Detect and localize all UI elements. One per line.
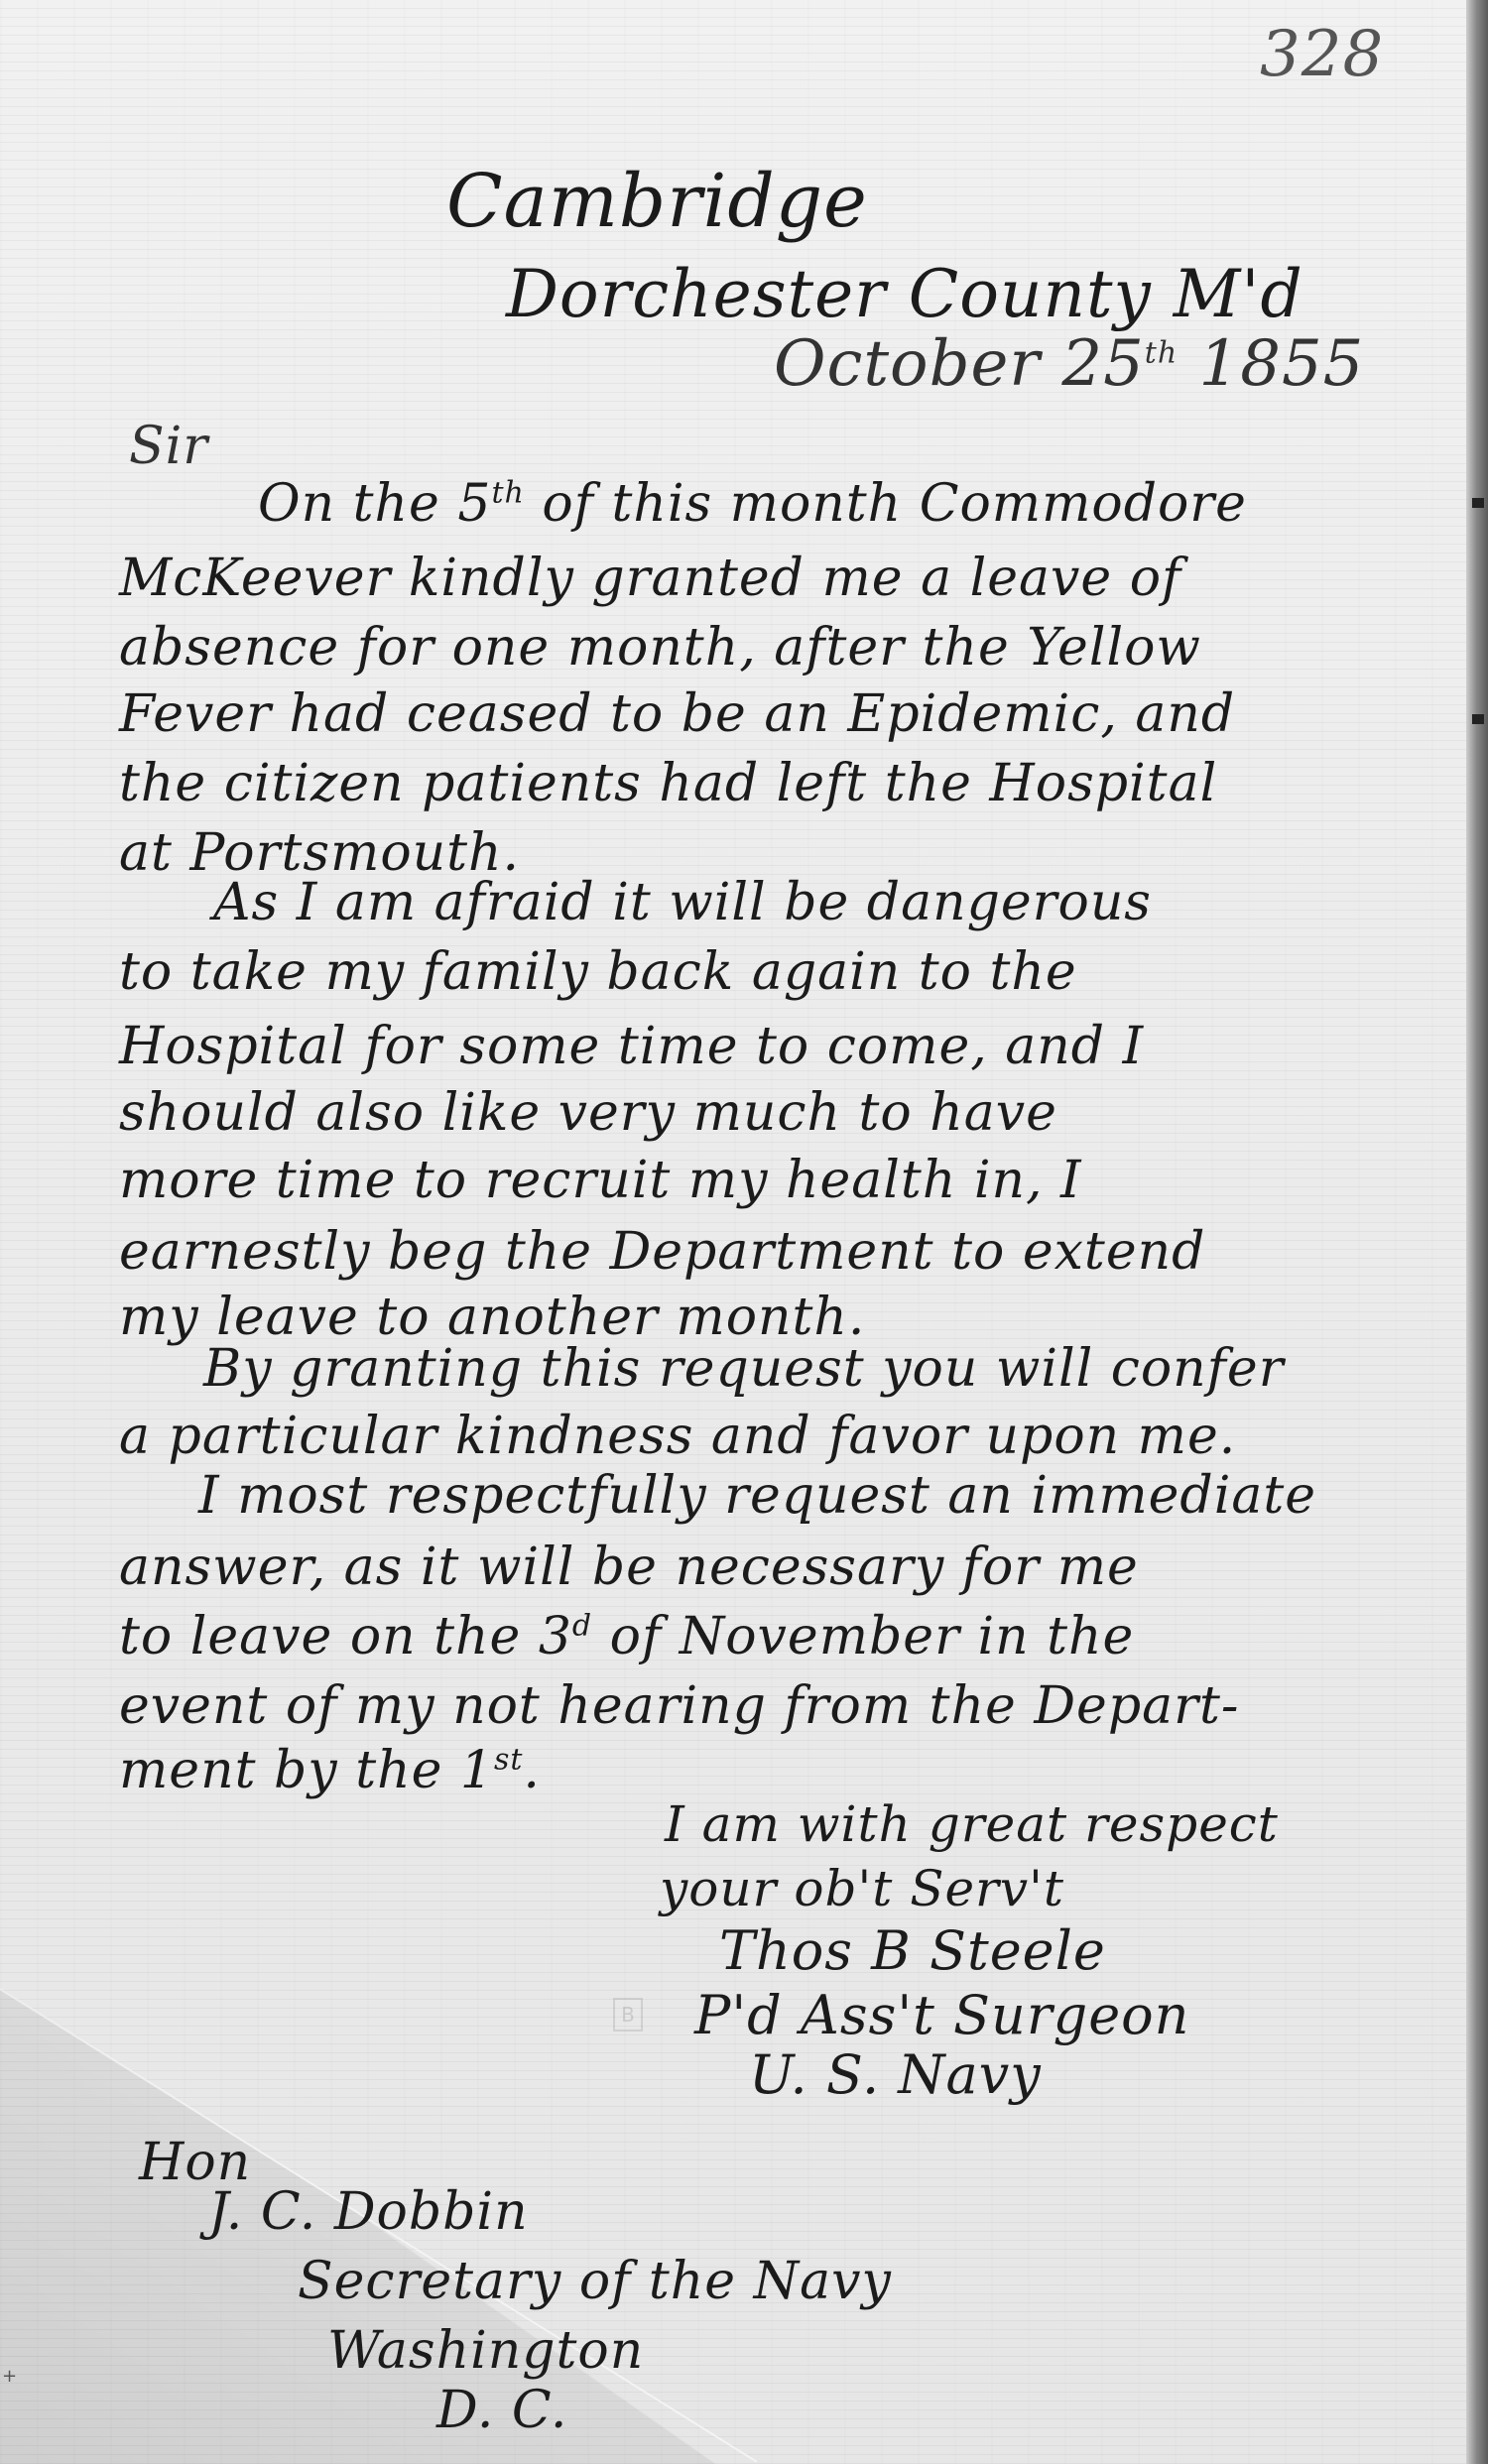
body-line: a particular kindness and favor upon me. <box>119 1407 1236 1466</box>
body-text: to leave on the 3 <box>119 1607 572 1666</box>
edge-mark <box>1472 714 1484 724</box>
heading-place-county: Dorchester County M'd <box>506 256 1303 332</box>
addressee-name: J. C. Dobbin <box>208 2182 529 2242</box>
date-month-day: October 25 <box>774 327 1145 401</box>
edge-mark <box>1472 498 1484 508</box>
body-line: By granting this request you will confer <box>203 1339 1285 1399</box>
body-sup: th <box>491 476 524 511</box>
body-line: absence for one month, after the Yellow <box>119 618 1201 678</box>
body-text: of November in the <box>592 1607 1134 1666</box>
body-line: ment by the 1st. <box>119 1741 541 1800</box>
date-suffix: th <box>1145 336 1178 371</box>
body-line: As I am afraid it will be dangerous <box>213 873 1152 932</box>
body-sup: d <box>572 1609 592 1644</box>
letter-page: 328 Cambridge Dorchester County M'd Octo… <box>0 0 1488 2464</box>
body-text: ment by the 1 <box>119 1741 494 1800</box>
body-line: my leave to another month. <box>119 1288 865 1347</box>
closing-line: I am with great respect <box>665 1795 1279 1853</box>
signature-name: Thos B Steele <box>719 1919 1106 1982</box>
date-year: 1855 <box>1199 327 1365 401</box>
body-text: On the 5 <box>258 474 491 534</box>
faint-stamp-mark: B <box>613 1998 643 2032</box>
body-line: to take my family back again to the <box>119 942 1077 1002</box>
body-line: event of my not hearing from the Depart- <box>119 1676 1239 1736</box>
signature-title: P'd Ass't Surgeon <box>694 1984 1189 2046</box>
body-line: Fever had ceased to be an Epidemic, and <box>119 684 1235 744</box>
body-line: more time to recruit my health in, I <box>119 1151 1082 1210</box>
body-line: McKeever kindly granted me a leave of <box>119 549 1181 608</box>
body-line: to leave on the 3d of November in the <box>119 1607 1134 1666</box>
addressee-title: Secretary of the Navy <box>298 2252 892 2311</box>
heading-place-town: Cambridge <box>446 159 868 244</box>
addressee-city: Washington <box>327 2321 644 2381</box>
body-line: the citizen patients had left the Hospit… <box>119 754 1217 813</box>
body-line: On the 5th of this month Commodore <box>258 474 1247 534</box>
addressee-district: D. C. <box>436 2381 567 2440</box>
closing-line: your ob't Serv't <box>660 1860 1064 1917</box>
body-text: . <box>523 1741 541 1800</box>
folio-number: 328 <box>1260 18 1384 91</box>
signature-service: U. S. Navy <box>749 2043 1042 2106</box>
heading-date: October 25th 1855 <box>774 327 1364 401</box>
margin-mark: + <box>2 2366 17 2387</box>
body-line: should also like very much to have <box>119 1083 1057 1143</box>
body-text: of this month Commodore <box>525 474 1247 534</box>
salutation: Sir <box>129 417 208 476</box>
body-line: Hospital for some time to come, and I <box>119 1017 1144 1076</box>
body-line: earnestly beg the Department to extend <box>119 1222 1205 1282</box>
body-sup: st <box>494 1743 523 1778</box>
scan-edge-shadow <box>1466 0 1488 2464</box>
body-line: I most respectfully request an immediate <box>198 1466 1316 1526</box>
body-line: answer, as it will be necessary for me <box>119 1538 1139 1597</box>
